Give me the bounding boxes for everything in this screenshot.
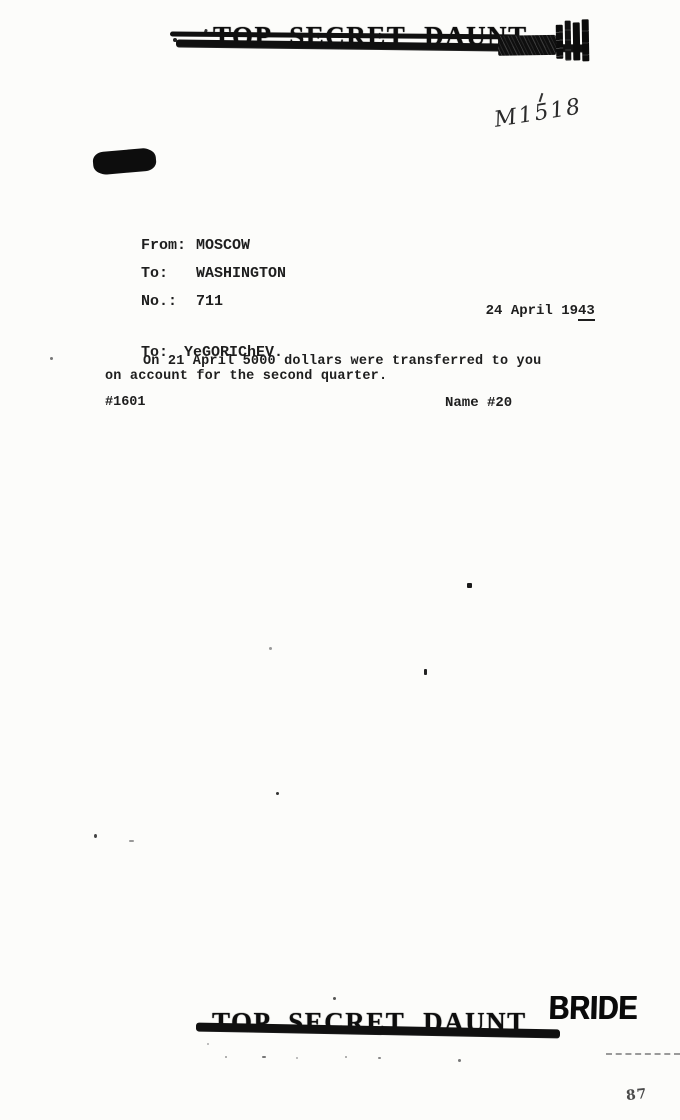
scan-speck xyxy=(467,583,472,588)
scan-speck xyxy=(129,840,134,842)
message-body-line-2: on account for the second quarter. xyxy=(105,369,387,384)
stamp-bar xyxy=(556,25,564,59)
scan-speck xyxy=(276,792,279,795)
scan-speck xyxy=(333,997,336,1000)
ink-smudge xyxy=(498,35,556,56)
stamp-bar xyxy=(573,22,581,60)
scan-speck xyxy=(269,647,272,650)
scan-speck xyxy=(94,834,97,838)
scan-speck xyxy=(50,357,53,360)
scan-speck xyxy=(378,1057,381,1059)
signature-name-number: Name #20 xyxy=(445,395,512,411)
handwritten-serial: M1518 xyxy=(493,94,584,133)
scan-speck xyxy=(262,1056,266,1058)
number-value: 711 xyxy=(196,293,223,310)
scan-speck xyxy=(345,1056,347,1058)
number-label: No.: xyxy=(141,293,196,310)
date-text: 24 April 19 xyxy=(486,303,578,319)
scanned-document-page: TOP SECRET DAUNT M1518 From:MOSCOW To:WA… xyxy=(0,0,680,1120)
stamp-bar xyxy=(582,19,590,61)
scan-speck xyxy=(207,1043,209,1045)
date-line: 24 April 1943 xyxy=(452,287,595,335)
date-underlined-digits: 43 xyxy=(578,303,595,321)
internal-number: #1601 xyxy=(105,395,146,410)
number-row: No.:711 xyxy=(105,276,223,327)
redaction-mark xyxy=(92,147,155,174)
obliterated-stamp xyxy=(498,18,593,64)
handwritten-page-number: 87 xyxy=(625,1086,648,1104)
scan-speck xyxy=(225,1056,227,1058)
scan-speck xyxy=(296,1057,298,1059)
stamp-bar xyxy=(565,21,572,61)
scan-speck xyxy=(424,669,427,675)
scan-speck xyxy=(458,1059,461,1062)
bride-stamp: BRIDE xyxy=(548,991,638,1024)
dashed-pencil-line xyxy=(606,1053,680,1055)
message-body-line-1: On 21 April 5000 dollars were transferre… xyxy=(143,354,541,369)
